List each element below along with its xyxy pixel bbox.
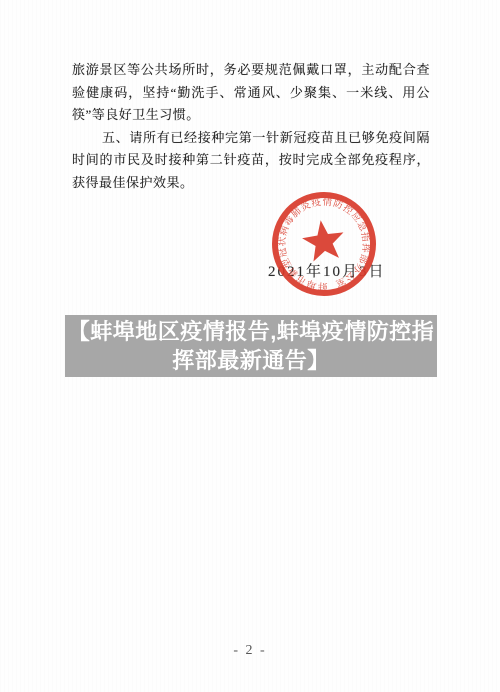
body-text: 旅游景区等公共场所时，务必要规范佩戴口罩，主动配合查 验健康码，坚持“勤洗手、常…: [72, 59, 430, 194]
document-page: 旅游景区等公共场所时，务必要规范佩戴口罩，主动配合查 验健康码，坚持“勤洗手、常…: [0, 0, 500, 692]
banner-line: 【蚌埠地区疫情报告,蚌埠疫情防控指: [65, 317, 437, 346]
page-number: - 2 -: [0, 643, 500, 659]
body-text-line: 五、请所有已经接种完第一针新冠疫苗且已够免疫间隔: [72, 127, 430, 150]
body-text-line: 旅游景区等公共场所时，务必要规范佩戴口罩，主动配合查: [72, 59, 430, 82]
seal-star-icon: [300, 217, 347, 262]
body-text-line: 筷”等良好卫生习惯。: [72, 104, 430, 127]
body-text-line: 时间的市民及时接种第二针疫苗，按时完成全部免疫程序，: [72, 149, 430, 172]
banner-line: 挥部最新通告】: [65, 346, 437, 375]
official-seal-icon: 蚌埠市新型冠状病毒肺炎疫情防控应急指挥部办公室: [262, 182, 386, 306]
body-text-line: 获得最佳保护效果。: [72, 172, 430, 195]
watermark-banner: 【蚌埠地区疫情报告,蚌埠疫情防控指 挥部最新通告】: [65, 315, 437, 377]
body-text-line: 验健康码，坚持“勤洗手、常通风、少聚集、一米线、用公: [72, 82, 430, 105]
